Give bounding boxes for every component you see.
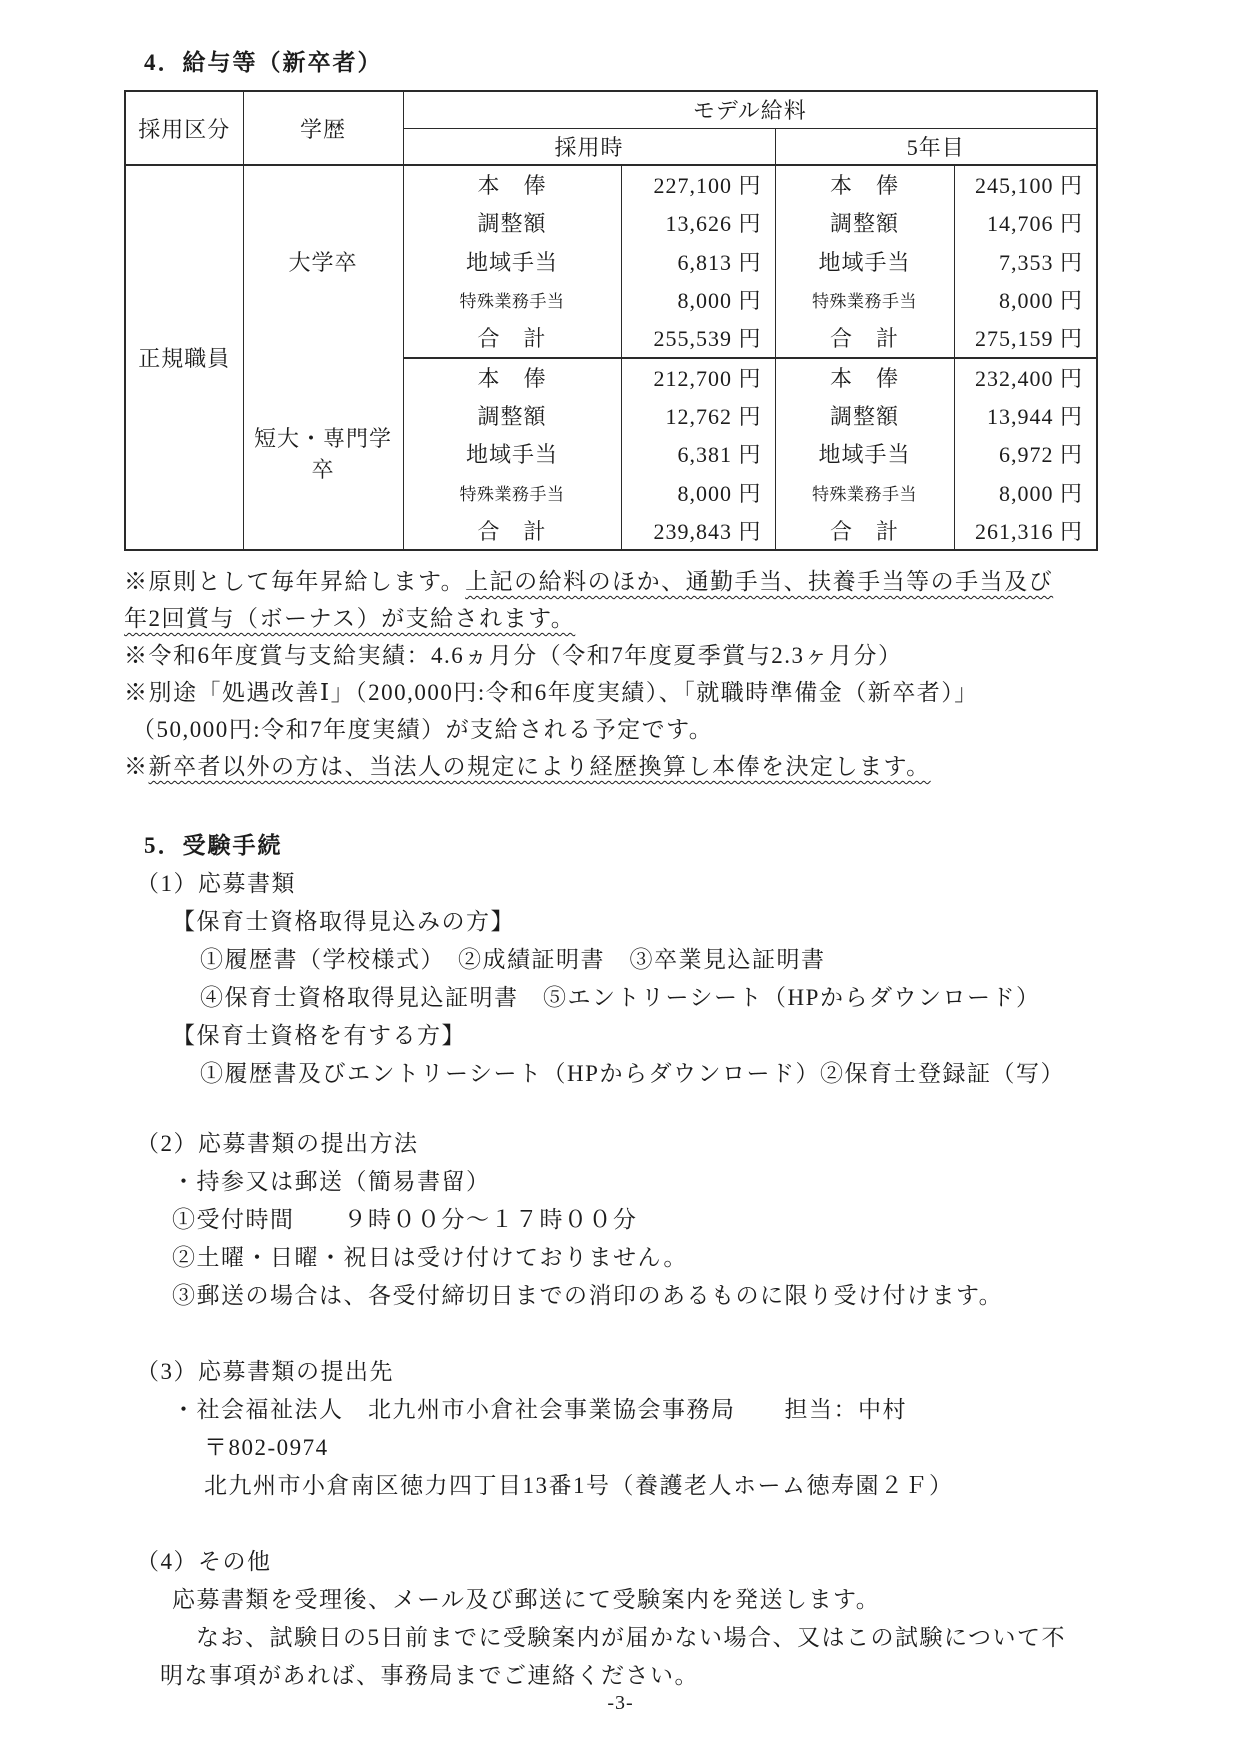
salary-item-label-cell: 本 俸 [403, 358, 621, 397]
sub2-line4: ③郵送の場合は、各受付締切日までの消印のあるものに限り受け付けます。 [172, 1277, 1124, 1315]
salary-amount-cell: 8,000 円 [954, 281, 1097, 320]
salary-item-label-cell: 地域手当 [775, 242, 954, 281]
section5-sub1-application-documents: （1）応募書類 【保育士資格取得見込みの方】 ①履歴書（学校様式） ②成績証明書… [124, 865, 1124, 1093]
salary-amount-cell: 261,316 円 [954, 512, 1097, 551]
salary-item-label-cell: 調整額 [775, 204, 954, 243]
salary-amount-cell: 8,000 円 [621, 473, 775, 512]
salary-amount-cell: 8,000 円 [954, 473, 1097, 512]
salary-item-label-cell: 地域手当 [403, 242, 621, 281]
section5-sub4-other: （4）その他 応募書類を受理後、メール及び郵送にて受験案内を発送します。 なお、… [124, 1543, 1124, 1695]
salary-item-label-cell: 特殊業務手当 [775, 281, 954, 320]
salary-amount-cell: 212,700 円 [621, 358, 775, 397]
salary-item-label-cell: 本 俸 [403, 165, 621, 204]
salary-item-label-cell: 合 計 [403, 512, 621, 551]
salary-amount-cell: 13,626 円 [621, 204, 775, 243]
table-header-row-1: 採用区分 学歴 モデル給料 [125, 91, 1097, 128]
sub3-postal-code: 〒802-0974 [204, 1429, 1124, 1467]
col-header-year5: 5年目 [775, 128, 1097, 165]
col-header-model-salary: モデル給料 [403, 91, 1097, 128]
col-header-education: 学歴 [243, 91, 403, 165]
salary-amount-cell: 6,381 円 [621, 435, 775, 474]
salary-item-label-cell: 合 計 [775, 512, 954, 551]
salary-amount-cell: 7,353 円 [954, 242, 1097, 281]
salary-item-label-cell: 本 俸 [775, 358, 954, 397]
sub2-line3: ②土曜・日曜・祝日は受け付けておりません。 [172, 1239, 1124, 1277]
sub1-group1-line1: ①履歴書（学校様式） ②成績証明書 ③卒業見込証明書 [200, 941, 1124, 979]
sub3-title: （3）応募書類の提出先 [136, 1353, 1124, 1391]
salary-item-label-cell: 合 計 [403, 319, 621, 358]
sub1-group1-line2: ④保育士資格取得見込証明書 ⑤エントリーシート（HPからダウンロード） [200, 979, 1124, 1017]
sub1-group2-title: 【保育士資格を有する方】 [172, 1017, 1124, 1055]
sub4-line1: 応募書類を受理後、メール及び郵送にて受験案内を発送します。 [172, 1581, 1124, 1619]
document-page: 4．給与等（新卒者） 採用区分 学歴 モデル給料 採用時 5年目 正規職員 [0, 0, 1241, 1755]
salary-amount-cell: 239,843 円 [621, 512, 775, 551]
salary-item-label-cell: 地域手当 [403, 435, 621, 474]
sub1-group1-title: 【保育士資格取得見込みの方】 [172, 903, 1124, 941]
col-header-recruit-category: 採用区分 [125, 91, 243, 165]
note-treatment-improvement: ※別途「処遇改善Ⅰ」（200,000円:令和6年度実績）、「就職時準備金（新卒者… [124, 674, 1124, 711]
salary-amount-cell: 227,100 円 [621, 165, 775, 204]
note-treatment-improvement-continuation: （50,000円:令和7年度実績）が支給される予定です。 [132, 711, 1124, 748]
note-annual-raise: ※原則として毎年昇給します。上記の給料のほか、通勤手当、扶養手当等の手当及び [124, 563, 1124, 600]
salary-item-label-cell: 本 俸 [775, 165, 954, 204]
salary-item-label-cell: 調整額 [403, 396, 621, 435]
salary-amount-cell: 6,813 円 [621, 242, 775, 281]
salary-amount-cell: 255,539 円 [621, 319, 775, 358]
note-mark: ※ [124, 754, 149, 779]
sub1-group2-line1: ①履歴書及びエントリーシート（HPからダウンロード）②保育士登録証（写） [200, 1055, 1124, 1093]
salary-item-label-cell: 特殊業務手当 [775, 473, 954, 512]
salary-item-label-cell: 調整額 [403, 204, 621, 243]
document-content: 4．給与等（新卒者） 採用区分 学歴 モデル給料 採用時 5年目 正規職員 [124, 46, 1124, 1695]
note-bonus-record: ※令和6年度賞与支給実績：4.6ヵ月分（令和7年度夏季賞与2.3ヶ月分） [124, 637, 1124, 674]
salary-amount-cell: 13,944 円 [954, 396, 1097, 435]
table-row: 短大・専門学卒 本 俸 212,700 円 本 俸 232,400 円 [125, 358, 1097, 397]
sub1-title: （1）応募書類 [136, 865, 1124, 903]
employment-type-cell: 正規職員 [125, 165, 243, 550]
section5-heading: 5．受験手続 [144, 827, 1124, 865]
salary-amount-cell: 14,706 円 [954, 204, 1097, 243]
salary-amount-cell: 8,000 円 [621, 281, 775, 320]
note-text-underlined: 上記の給料のほか、通勤手当、扶養手当等の手当及び [465, 569, 1053, 594]
salary-item-label-cell: 調整額 [775, 396, 954, 435]
education-cell-junior-college: 短大・専門学卒 [243, 358, 403, 551]
salary-amount-cell: 275,159 円 [954, 319, 1097, 358]
salary-table: 採用区分 学歴 モデル給料 採用時 5年目 正規職員 大学卒 本 俸 227,1… [124, 90, 1098, 551]
note-text-underlined: 新卒者以外の方は、当法人の規定により経歴換算し本俸を決定します。 [149, 754, 931, 779]
salary-item-label-cell: 地域手当 [775, 435, 954, 474]
note-text: ※原則として毎年昇給します。 [124, 569, 465, 594]
salary-amount-cell: 12,762 円 [621, 396, 775, 435]
salary-amount-cell: 232,400 円 [954, 358, 1097, 397]
salary-item-label-cell: 合 計 [775, 319, 954, 358]
section5-sub3-submission-address: （3）応募書類の提出先 ・社会福祉法人 北九州市小倉社会事業協会事務局 担当：中… [124, 1353, 1124, 1505]
note-bonus-continuation: 年2回賞与（ボーナス）が支給されます。 [124, 600, 1124, 637]
salary-amount-cell: 245,100 円 [954, 165, 1097, 204]
section4-heading: 4．給与等（新卒者） [144, 46, 1124, 80]
note-non-new-graduates: ※新卒者以外の方は、当法人の規定により経歴換算し本俸を決定します。 [124, 748, 1124, 785]
sub4-title: （4）その他 [136, 1543, 1124, 1581]
salary-item-label-cell: 特殊業務手当 [403, 281, 621, 320]
page-number: -3- [0, 1692, 1241, 1715]
sub2-line1: ・持参又は郵送（簡易書留） [172, 1163, 1124, 1201]
sub4-line2: なお、試験日の5日前までに受験案内が届かない場合、又はこの試験について不 [196, 1619, 1124, 1657]
sub2-title: （2）応募書類の提出方法 [136, 1125, 1124, 1163]
col-header-at-hire: 採用時 [403, 128, 775, 165]
table-row: 正規職員 大学卒 本 俸 227,100 円 本 俸 245,100 円 [125, 165, 1097, 204]
note-text-underlined: 年2回賞与（ボーナス）が支給されます。 [124, 606, 575, 631]
sub4-line3: 明な事項があれば、事務局までご連絡ください。 [160, 1657, 1124, 1695]
education-cell-univ: 大学卒 [243, 165, 403, 358]
salary-amount-cell: 6,972 円 [954, 435, 1097, 474]
salary-notes: ※原則として毎年昇給します。上記の給料のほか、通勤手当、扶養手当等の手当及び 年… [124, 563, 1124, 785]
sub2-line2: ①受付時間 ９時００分～１７時００分 [172, 1201, 1124, 1239]
sub3-address: 北九州市小倉南区徳力四丁目13番1号（養護老人ホーム徳寿園２Ｆ） [204, 1467, 1124, 1505]
salary-item-label-cell: 特殊業務手当 [403, 473, 621, 512]
section5-sub2-submission-method: （2）応募書類の提出方法 ・持参又は郵送（簡易書留） ①受付時間 ９時００分～１… [124, 1125, 1124, 1315]
sub3-organization: ・社会福祉法人 北九州市小倉社会事業協会事務局 担当：中村 [172, 1391, 1124, 1429]
